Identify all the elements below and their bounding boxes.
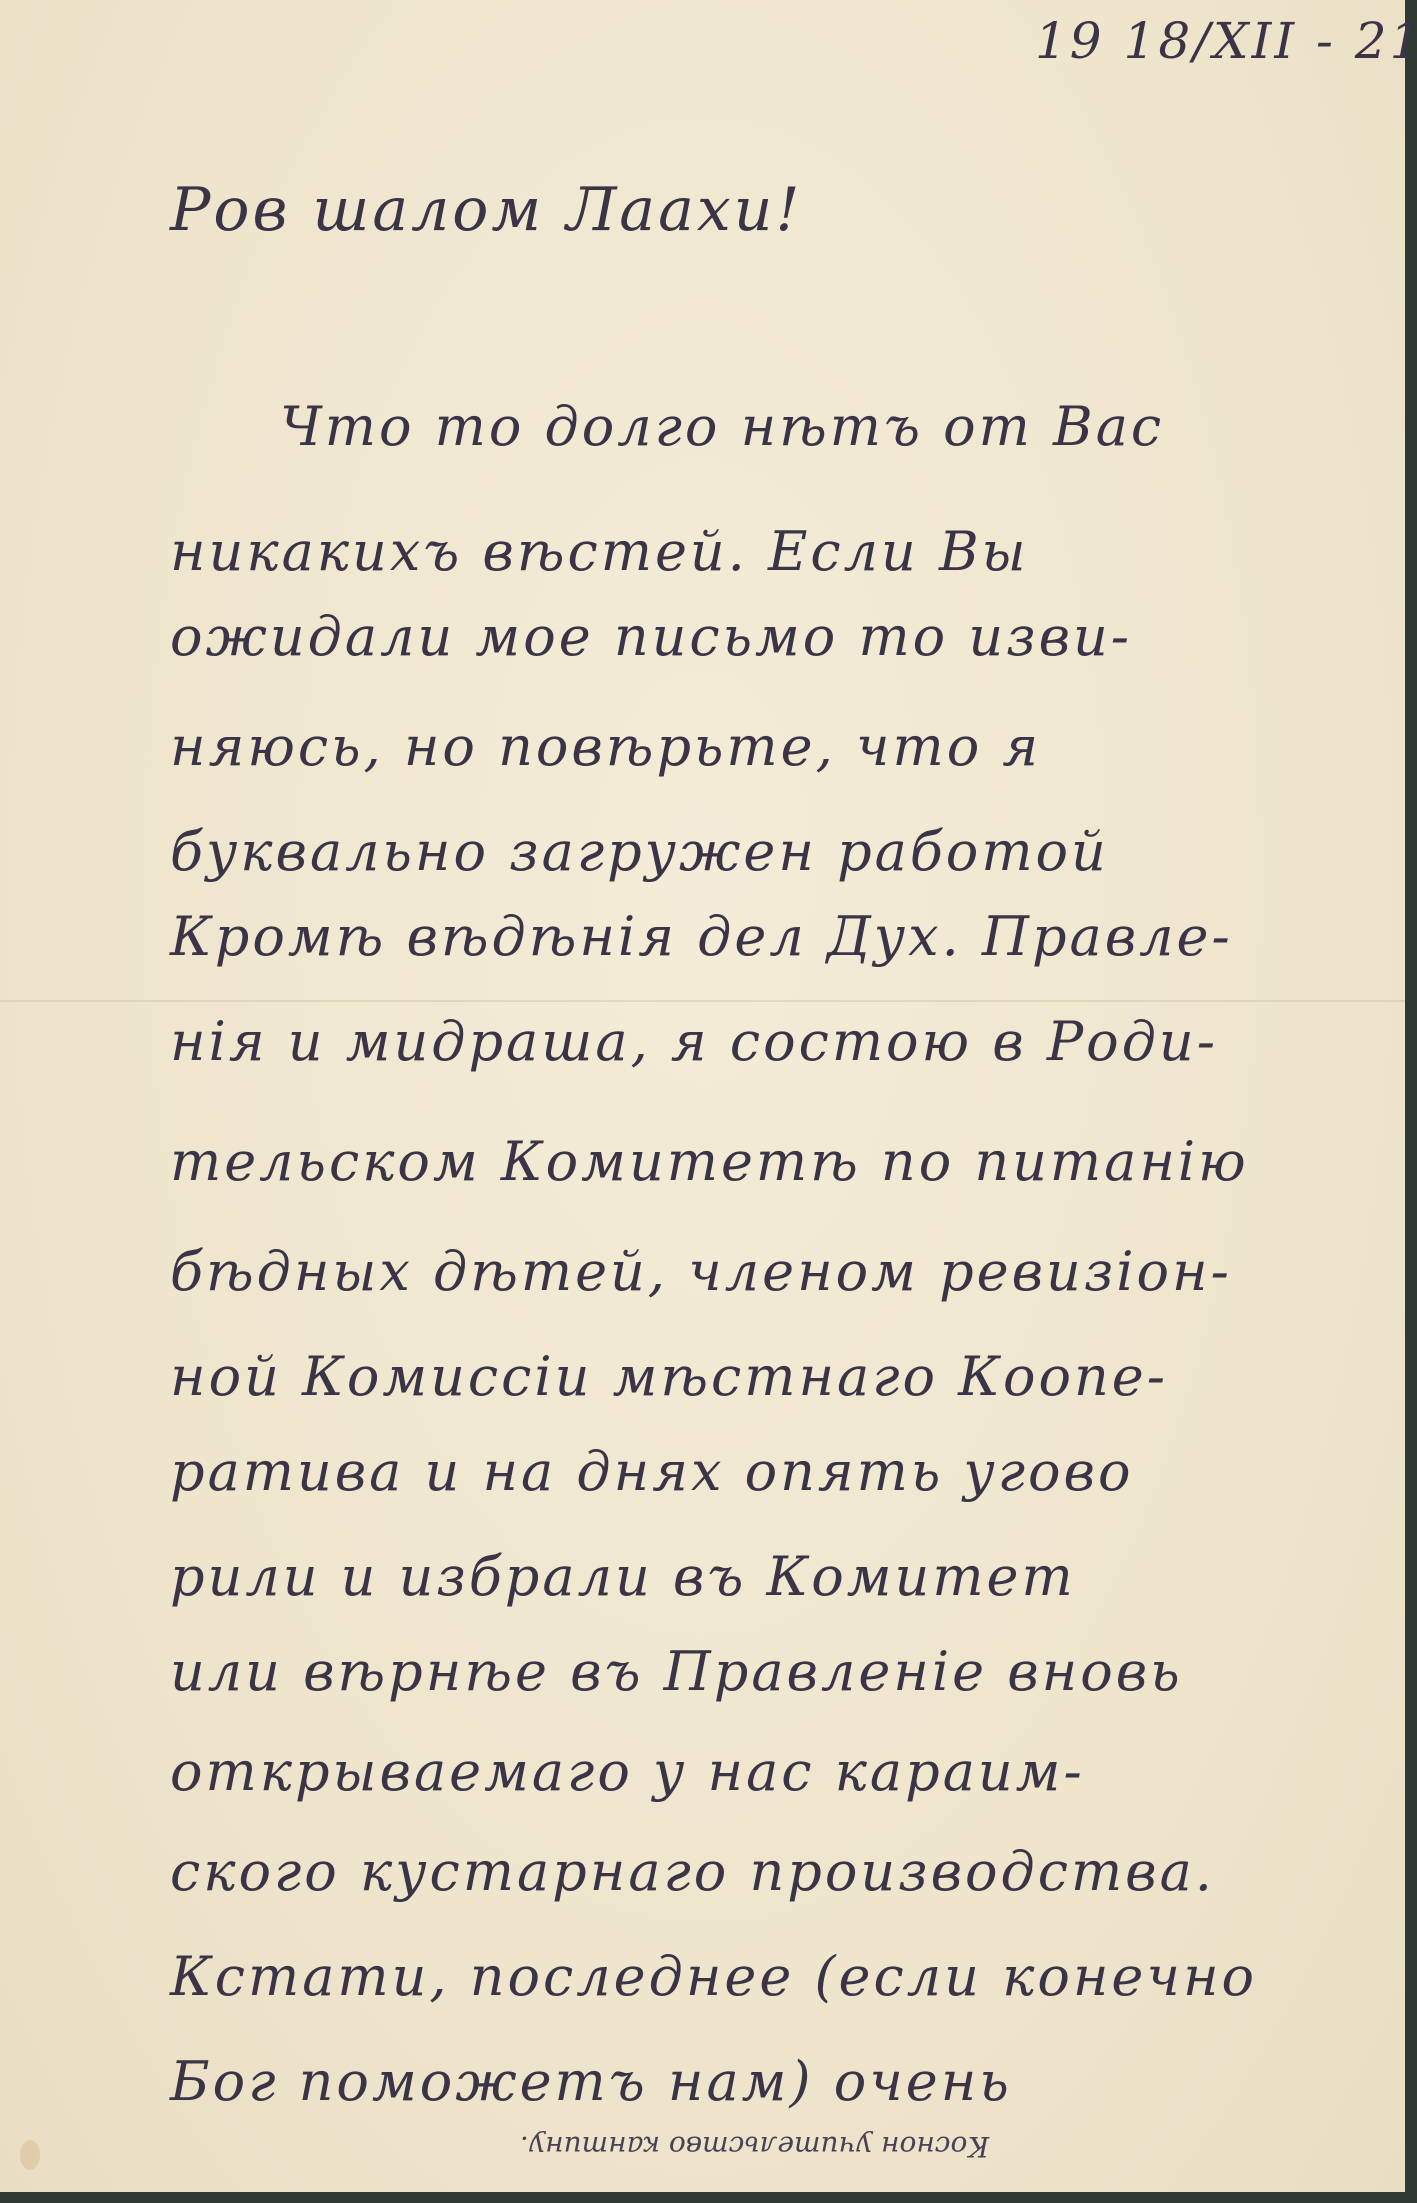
- paper-stain: [20, 2140, 40, 2170]
- text-line: Бог поможетъ нам) очень: [170, 2050, 1012, 2113]
- text-line: нія и мидраша, я состою в Роди-: [170, 1010, 1218, 1073]
- paper-fold: [0, 1000, 1405, 1002]
- text-line: няюсь, но повѣрьте, что я: [170, 715, 1041, 778]
- text-line: открываемаго у нас караим-: [170, 1740, 1085, 1803]
- text-line: Кстати, последнее (если конечно: [170, 1945, 1257, 2008]
- text-line: или вѣрнѣе въ Правленіе вновь: [170, 1640, 1183, 1703]
- text-line: ожидали мое письмо то изви-: [170, 605, 1132, 668]
- text-line: Что то долго нѣтъ от Вас: [280, 395, 1164, 458]
- text-line: никакихъ вѣстей. Если Вы: [170, 520, 1029, 583]
- text-line: ского кустарнаго производства.: [170, 1840, 1215, 1903]
- text-line: бѣдных дѣтей, членом ревизіон-: [170, 1240, 1232, 1303]
- text-line: тельском Комитетѣ по питанію: [170, 1130, 1249, 1193]
- text-line: ратива и на днях опять угово: [170, 1440, 1133, 1503]
- salutation: Ров шалом Лаахи!: [170, 175, 802, 245]
- text-line: ной Комиссіи мѣстнаго Коопе-: [170, 1345, 1168, 1408]
- letter-date: 19 18/XII - 21 г.: [1035, 12, 1417, 70]
- text-line: буквально загружен работой: [170, 820, 1109, 883]
- upside-down-footer-note: Коснон учительство кантину.: [520, 2130, 989, 2163]
- letter-page: 19 18/XII - 21 г. Ров шалом Лаахи! Что т…: [0, 0, 1405, 2192]
- text-line: рили и избрали въ Комитет: [170, 1545, 1076, 1608]
- text-line: Кромѣ вѣдѣнія дел Дух. Правле-: [170, 905, 1233, 968]
